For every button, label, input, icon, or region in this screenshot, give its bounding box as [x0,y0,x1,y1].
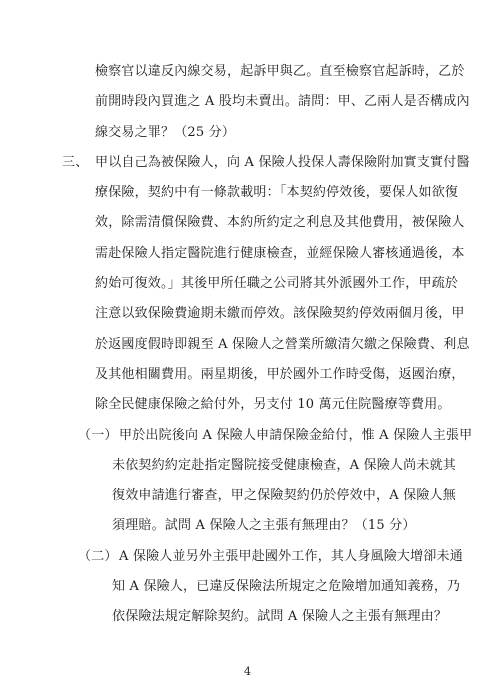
doc-line: 復效申請進行審查，甲之保險契約仍於停效中，A 保險人無 [0,481,495,511]
question-number: 三、 [62,148,95,178]
subquestion-1-first-line: （一）甲於出院後向 A 保險人申請保險金給付，惟 A 保險人主張甲 [0,421,495,451]
doc-line: 依保險法規定解除契約。試問 A 保險人之主張有無理由？ [0,602,495,632]
doc-line: 效，除需清償保險費、本約所約定之利息及其他費用，被保險人 [0,208,495,238]
doc-line: 需赴保險人指定醫院進行健康檢查，並經保險人審核通過後，本 [0,239,495,269]
page-number: 4 [0,663,495,681]
doc-line-text: 甲以自己為被保險人，向 A 保險人投保人壽保險附加實支實付醫 [95,155,470,170]
doc-line: 未依契約約定赴指定醫院接受健康檢查，A 保險人尚未就其 [0,451,495,481]
subquestion-2-first-line: （二）A 保險人並另外主張甲赴國外工作，其人身風險大增卻未通 [0,542,495,572]
doc-line: 療保險，契約中有一條款載明：「本契約停效後，要保人如欲復 [0,178,495,208]
doc-line: 及其他相關費用。兩星期後，甲於國外工作時受傷，返國治療， [0,360,495,390]
doc-line: 檢察官以違反內線交易，起訴甲與乙。直至檢察官起訴時，乙於 [0,57,495,87]
doc-line: 線交易之罪？（25 分） [0,118,495,148]
doc-line: 於返國度假時即親至 A 保險人之營業所繳清欠繳之保險費、利息 [0,330,495,360]
doc-line: 約始可復效。」其後甲所任職之公司將其外派國外工作，甲疏於 [0,269,495,299]
doc-line: 前開時段內買進之 A 股均未賣出。請問：甲、乙兩人是否構成內 [0,87,495,117]
subquestion-number: （二） [78,542,119,572]
document-page: 檢察官以違反內線交易，起訴甲與乙。直至檢察官起訴時，乙於 前開時段內買進之 A … [0,0,495,700]
doc-line-text: A 保險人並另外主張甲赴國外工作，其人身風險大增卻未通 [119,549,463,564]
document-body: 檢察官以違反內線交易，起訴甲與乙。直至檢察官起訴時，乙於 前開時段內買進之 A … [0,57,495,633]
subquestion-number: （一） [78,421,119,451]
doc-line: 注意以致保險費逾期未繳而停效。該保險契約停效兩個月後，甲 [0,299,495,329]
doc-line: 須理賠。試問 A 保險人之主張有無理由？（15 分） [0,511,495,541]
doc-line: 除全民健康保險之給付外，另支付 10 萬元住院醫療等費用。 [0,390,495,420]
question-3-first-line: 三、甲以自己為被保險人，向 A 保險人投保人壽保險附加實支實付醫 [0,148,495,178]
doc-line-text: 甲於出院後向 A 保險人申請保險金給付，惟 A 保險人主張甲 [119,428,472,443]
doc-line: 知 A 保險人，已違反保險法所規定之危險增加通知義務，乃 [0,572,495,602]
